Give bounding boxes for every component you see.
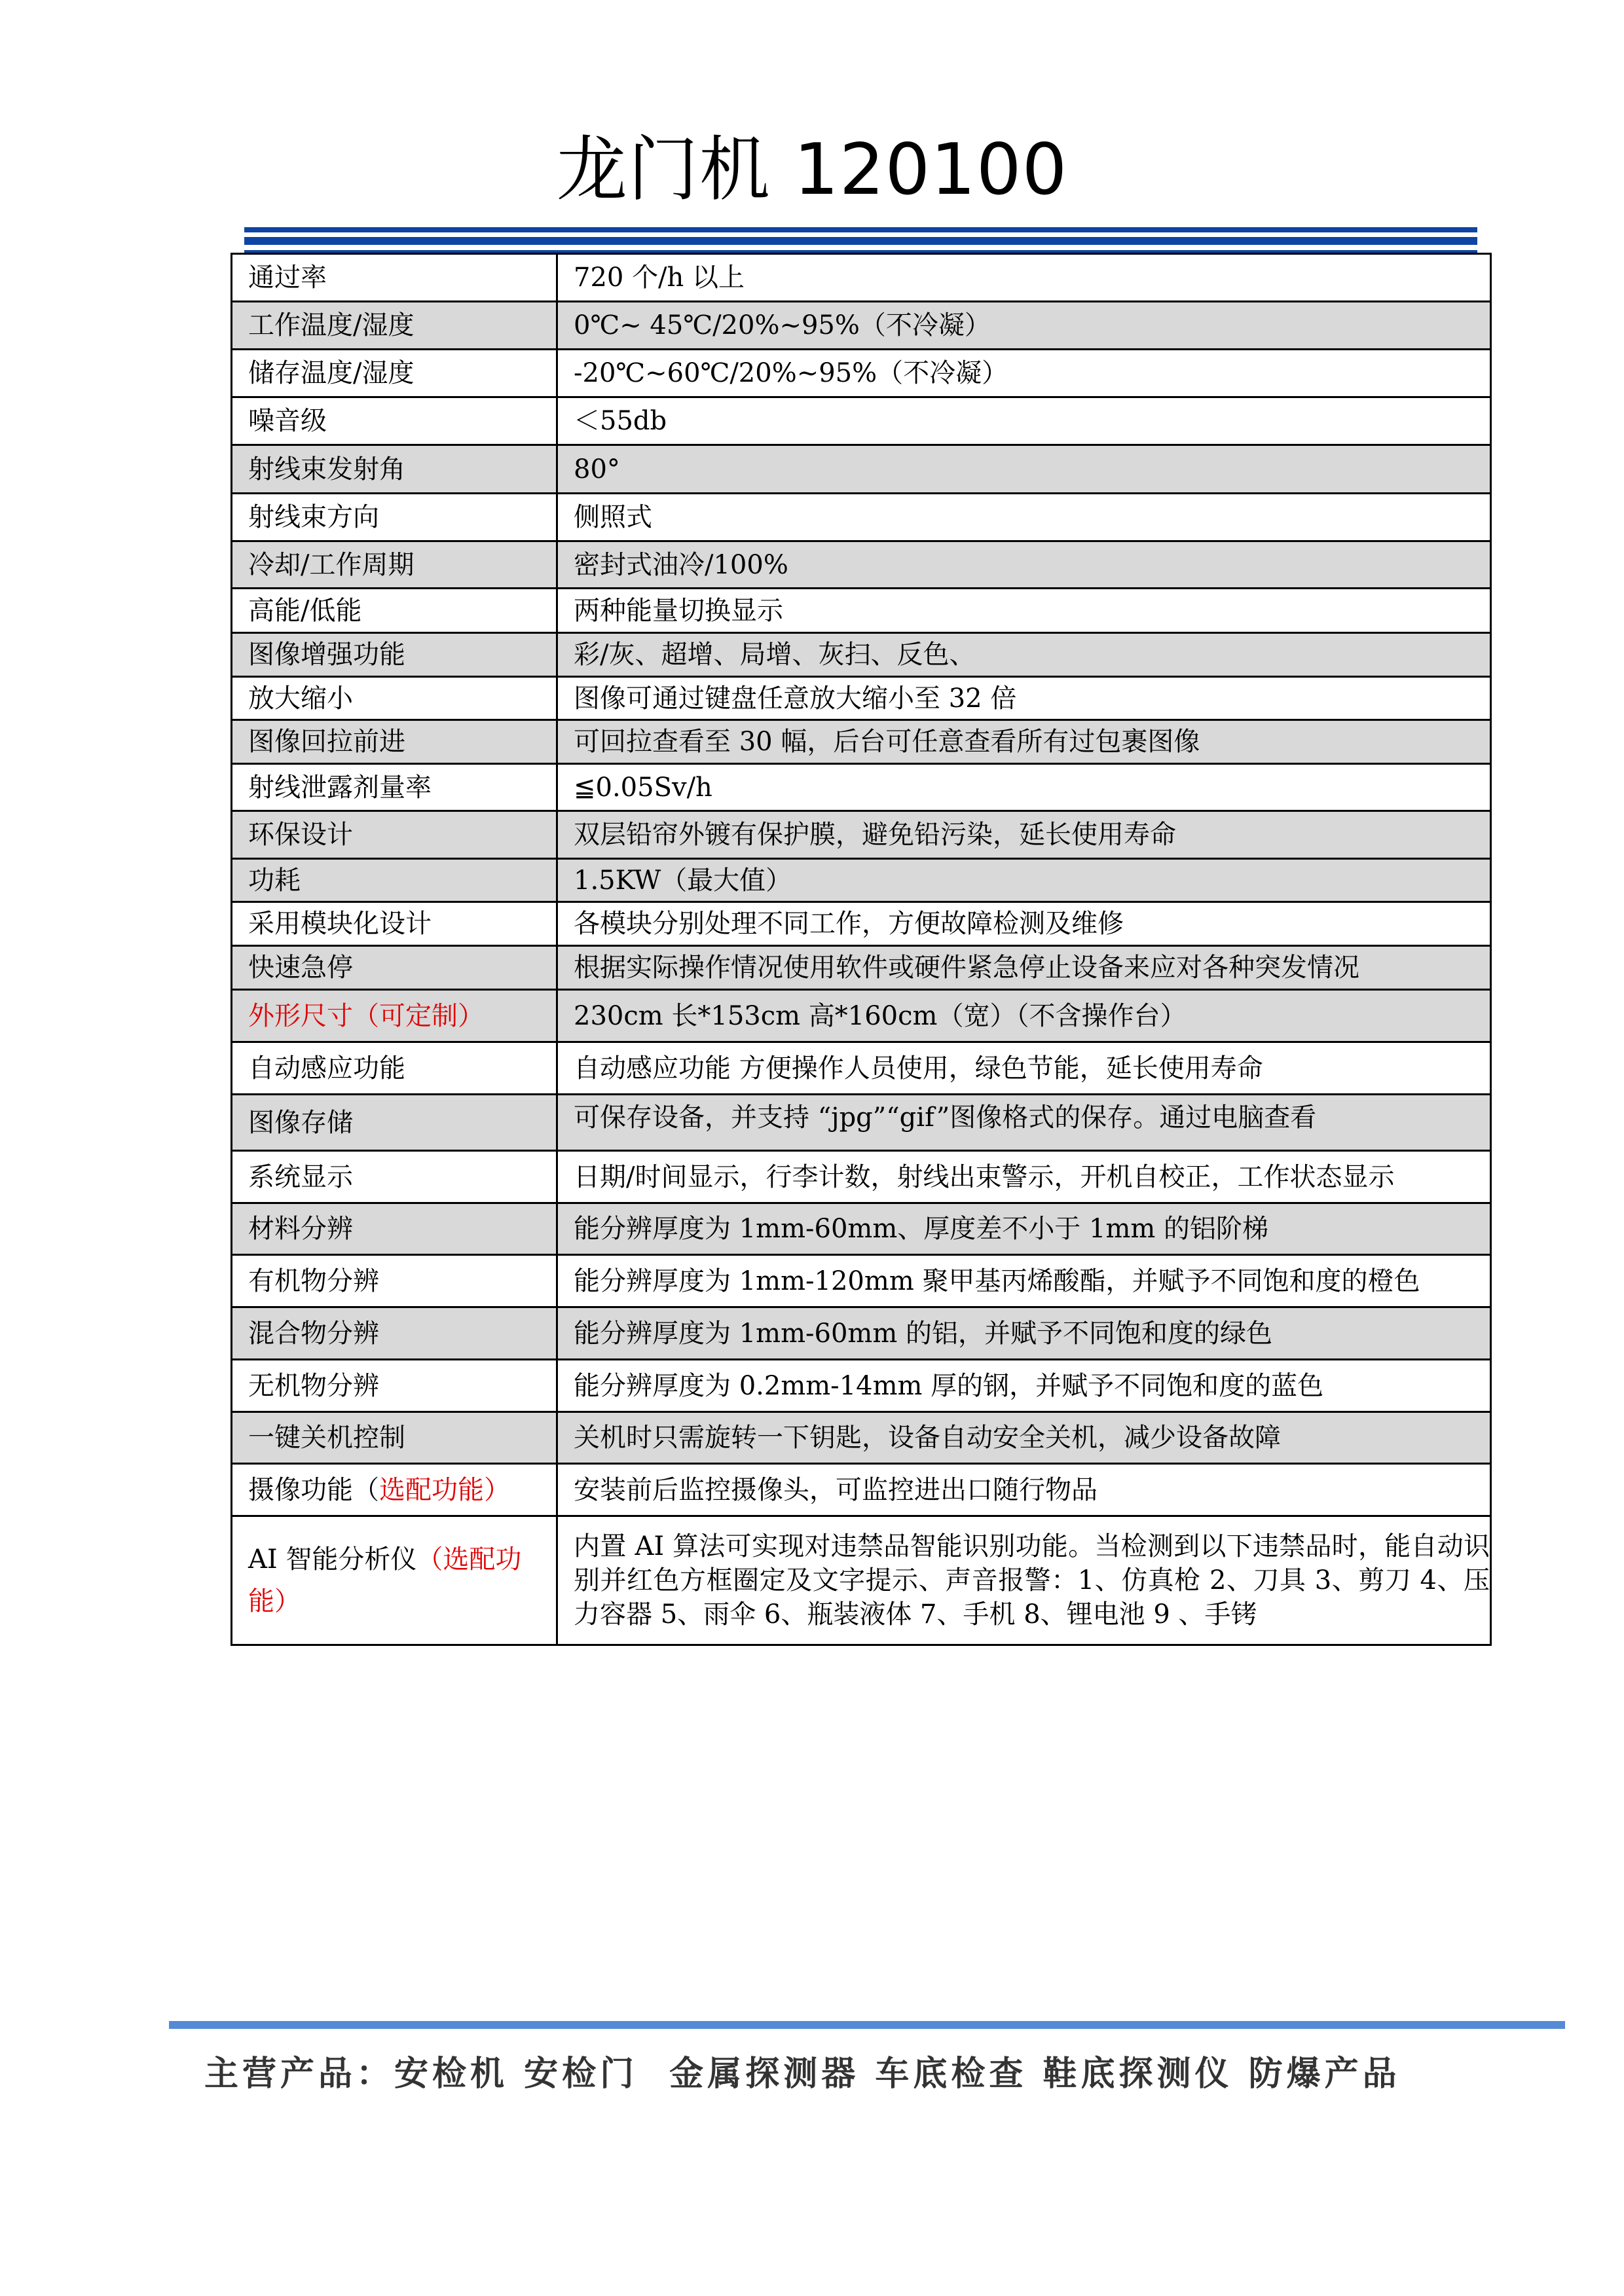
spec-row: 采用模块化设计各模块分别处理不同工作，方便故障检测及维修 (232, 902, 1491, 946)
spec-row: 工作温度/湿度0℃~ 45℃/20%~95%（不冷凝） (232, 302, 1491, 350)
spec-label-cell: 射线束方向 (232, 494, 557, 541)
spec-row: 混合物分辨能分辨厚度为 1mm-60mm 的铝，并赋予不同饱和度的绿色 (232, 1307, 1491, 1360)
spec-label-cell: 冷却/工作周期 (232, 541, 557, 589)
spec-label-cell: 一键关机控制 (232, 1412, 557, 1464)
spec-label-cell: 材料分辨 (232, 1203, 557, 1255)
spec-value: 密封式油冷/100% (574, 550, 788, 580)
spec-row: 射线束发射角80° (232, 445, 1491, 494)
spec-label-cell: 摄像功能（选配功能） (232, 1464, 557, 1516)
spec-row: 有机物分辨能分辨厚度为 1mm-120mm 聚甲基丙烯酸酯，并赋予不同饱和度的橙… (232, 1255, 1491, 1307)
spec-value-cell: 1.5KW（最大值） (557, 859, 1491, 902)
spec-value: 侧照式 (574, 502, 652, 532)
spec-row: 无机物分辨能分辨厚度为 0.2mm-14mm 厚的钢，并赋予不同饱和度的蓝色 (232, 1360, 1491, 1412)
spec-label-cell: 自动感应功能 (232, 1042, 557, 1095)
spec-label-cell: 有机物分辨 (232, 1255, 557, 1307)
spec-label-cell: 通过率 (232, 254, 557, 302)
spec-label: 采用模块化设计 (248, 909, 432, 939)
spec-value: 双层铅帘外镀有保护膜，避免铅污染，延长使用寿命 (574, 820, 1176, 850)
spec-value-cell: 0℃~ 45℃/20%~95%（不冷凝） (557, 302, 1491, 350)
spec-row: AI 智能分析仪（选配功能）内置 AI 算法可实现对违禁品智能识别功能。当检测到… (232, 1516, 1491, 1645)
spec-label-cell: 射线束发射角 (232, 445, 557, 494)
spec-label: 图像增强功能 (248, 640, 405, 670)
spec-value-cell: 各模块分别处理不同工作，方便故障检测及维修 (557, 902, 1491, 946)
spec-label-cell: 工作温度/湿度 (232, 302, 557, 350)
spec-label-cell: 图像存储 (232, 1095, 557, 1151)
spec-label: 快速急停 (248, 953, 353, 983)
spec-row: 图像存储可保存设备，并支持 “jpg”“gif”图像格式的保存。通过电脑查看 (232, 1095, 1491, 1151)
spec-value: ≦0.05Sv/h (574, 773, 712, 803)
spec-value-cell: 关机时只需旋转一下钥匙，设备自动安全关机，减少设备故障 (557, 1412, 1491, 1464)
spec-value: 能分辨厚度为 0.2mm-14mm 厚的钢，并赋予不同饱和度的蓝色 (574, 1371, 1323, 1401)
spec-row: 冷却/工作周期密封式油冷/100% (232, 541, 1491, 589)
spec-value: 能分辨厚度为 1mm-120mm 聚甲基丙烯酸酯，并赋予不同饱和度的橙色 (574, 1266, 1420, 1296)
spec-label-cell: 图像回拉前进 (232, 720, 557, 764)
spec-value: 关机时只需旋转一下钥匙，设备自动安全关机，减少设备故障 (574, 1423, 1281, 1453)
spec-value: 两种能量切换显示 (574, 596, 783, 626)
spec-label: 通过率 (248, 263, 327, 293)
spec-label: 功耗 (248, 866, 301, 896)
spec-value-cell: 内置 AI 算法可实现对违禁品智能识别功能。当检测到以下违禁品时，能自动识别并红… (557, 1516, 1491, 1645)
spec-label-cell: 噪音级 (232, 397, 557, 445)
spec-label: 射线束方向 (248, 502, 379, 532)
spec-value-cell: 安装前后监控摄像头，可监控进出口随行物品 (557, 1464, 1491, 1516)
spec-value-cell: 能分辨厚度为 0.2mm-14mm 厚的钢，并赋予不同饱和度的蓝色 (557, 1360, 1491, 1412)
spec-value: 内置 AI 算法可实现对违禁品智能识别功能。当检测到以下违禁品时，能自动识别并红… (574, 1531, 1490, 1630)
spec-value-cell: 自动感应功能 方便操作人员使用，绿色节能，延长使用寿命 (557, 1042, 1491, 1095)
spec-row: 摄像功能（选配功能）安装前后监控摄像头，可监控进出口随行物品 (232, 1464, 1491, 1516)
spec-label: 射线泄露剂量率 (248, 773, 432, 803)
spec-label: 无机物分辨 (248, 1371, 379, 1401)
spec-row: 功耗1.5KW（最大值） (232, 859, 1491, 902)
spec-value: 能分辨厚度为 1mm-60mm 的铝，并赋予不同饱和度的绿色 (574, 1319, 1272, 1349)
spec-label: 系统显示 (248, 1162, 353, 1192)
spec-value-cell: 两种能量切换显示 (557, 589, 1491, 633)
spec-label-cell: 功耗 (232, 859, 557, 902)
document-title: 龙门机 120100 (0, 124, 1624, 216)
spec-value-cell: 能分辨厚度为 1mm-120mm 聚甲基丙烯酸酯，并赋予不同饱和度的橙色 (557, 1255, 1491, 1307)
footer-divider (169, 2021, 1565, 2029)
spec-label: 射线束发射角 (248, 454, 405, 484)
spec-label: 环保设计 (248, 820, 353, 850)
spec-row: 图像增强功能彩/灰、超增、局增、灰扫、反色、 (232, 633, 1491, 677)
spec-value-cell: 图像可通过键盘任意放大缩小至 32 倍 (557, 677, 1491, 720)
spec-label: 自动感应功能 (248, 1053, 405, 1084)
spec-row: 一键关机控制关机时只需旋转一下钥匙，设备自动安全关机，减少设备故障 (232, 1412, 1491, 1464)
spec-value: 可保存设备，并支持 “jpg”“gif”图像格式的保存。通过电脑查看 (574, 1102, 1316, 1133)
spec-value: 各模块分别处理不同工作，方便故障检测及维修 (574, 909, 1124, 939)
spec-label-cell: 混合物分辨 (232, 1307, 557, 1360)
spec-value-cell: 可回拉查看至 30 幅，后台可任意查看所有过包裹图像 (557, 720, 1491, 764)
spec-value-cell: 根据实际操作情况使用软件或硬件紧急停止设备来应对各种突发情况 (557, 946, 1491, 990)
spec-label-cell: 快速急停 (232, 946, 557, 990)
spec-row: 图像回拉前进可回拉查看至 30 幅，后台可任意查看所有过包裹图像 (232, 720, 1491, 764)
spec-label-cell: 环保设计 (232, 811, 557, 859)
spec-label: 高能/低能 (248, 596, 361, 626)
spec-value: 230cm 长*153cm 高*160cm（宽）（不含操作台） (574, 1001, 1186, 1031)
spec-row: 环保设计双层铅帘外镀有保护膜，避免铅污染，延长使用寿命 (232, 811, 1491, 859)
spec-label: 储存温度/湿度 (248, 358, 414, 388)
spec-label: 外形尺寸（可定制） (248, 1001, 484, 1031)
spec-value: 安装前后监控摄像头，可监控进出口随行物品 (574, 1475, 1098, 1505)
spec-row: 射线束方向侧照式 (232, 494, 1491, 541)
spec-row: 通过率720 个/h 以上 (232, 254, 1491, 302)
spec-label-cell: 射线泄露剂量率 (232, 764, 557, 811)
spec-label: 图像回拉前进 (248, 727, 405, 757)
spec-value-cell: 80° (557, 445, 1491, 494)
spec-value-cell: 230cm 长*153cm 高*160cm（宽）（不含操作台） (557, 990, 1491, 1042)
spec-label-cell: 放大缩小 (232, 677, 557, 720)
spec-label: 材料分辨 (248, 1214, 353, 1244)
header-stripe (244, 237, 1477, 245)
spec-row: 快速急停根据实际操作情况使用软件或硬件紧急停止设备来应对各种突发情况 (232, 946, 1491, 990)
spec-label: 放大缩小 (248, 683, 353, 714)
spec-value: 彩/灰、超增、局增、灰扫、反色、 (574, 640, 975, 670)
spec-row: 自动感应功能自动感应功能 方便操作人员使用，绿色节能，延长使用寿命 (232, 1042, 1491, 1095)
spec-value: 0℃~ 45℃/20%~95%（不冷凝） (574, 310, 991, 340)
footer-products-text: 主营产品：安检机 安检门 金属探测器 车底检查 鞋底探测仪 防爆产品 (204, 2046, 1401, 2095)
spec-label-cell: 采用模块化设计 (232, 902, 557, 946)
spec-row: 高能/低能两种能量切换显示 (232, 589, 1491, 633)
spec-label-cell: 无机物分辨 (232, 1360, 557, 1412)
spec-label-cell: 系统显示 (232, 1151, 557, 1203)
spec-value: 自动感应功能 方便操作人员使用，绿色节能，延长使用寿命 (574, 1053, 1263, 1084)
spec-table-body: 通过率720 个/h 以上工作温度/湿度0℃~ 45℃/20%~95%（不冷凝）… (232, 254, 1491, 1645)
header-stripe (244, 227, 1477, 232)
spec-value: 可回拉查看至 30 幅，后台可任意查看所有过包裹图像 (574, 727, 1200, 757)
spec-label-cell: 外形尺寸（可定制） (232, 990, 557, 1042)
spec-value-cell: 能分辨厚度为 1mm-60mm 的铝，并赋予不同饱和度的绿色 (557, 1307, 1491, 1360)
spec-value: 图像可通过键盘任意放大缩小至 32 倍 (574, 683, 1016, 714)
spec-value-cell: -20℃~60℃/20%~95%（不冷凝） (557, 350, 1491, 397)
spec-label-cell: 图像增强功能 (232, 633, 557, 677)
spec-value-cell: 可保存设备，并支持 “jpg”“gif”图像格式的保存。通过电脑查看 (557, 1095, 1491, 1151)
spec-value: 根据实际操作情况使用软件或硬件紧急停止设备来应对各种突发情况 (574, 953, 1359, 983)
spec-label: 混合物分辨 (248, 1319, 379, 1349)
spec-label: 冷却/工作周期 (248, 550, 414, 580)
spec-value-cell: 720 个/h 以上 (557, 254, 1491, 302)
spec-label: AI 智能分析仪 (248, 1544, 416, 1575)
spec-value-cell: 彩/灰、超增、局增、灰扫、反色、 (557, 633, 1491, 677)
optional-feature-note: 选配功能） (379, 1475, 510, 1505)
spec-label: 有机物分辨 (248, 1266, 379, 1296)
spec-table: 通过率720 个/h 以上工作温度/湿度0℃~ 45℃/20%~95%（不冷凝）… (231, 253, 1492, 1646)
spec-value-cell: 密封式油冷/100% (557, 541, 1491, 589)
spec-value: ＜55db (574, 406, 667, 436)
spec-label: 一键关机控制 (248, 1423, 405, 1453)
spec-label: 噪音级 (248, 406, 327, 436)
spec-label: 工作温度/湿度 (248, 310, 414, 340)
spec-value: -20℃~60℃/20%~95%（不冷凝） (574, 358, 1008, 388)
spec-value: 日期/时间显示，行李计数，射线出束警示，开机自校正，工作状态显示 (574, 1162, 1394, 1192)
spec-value: 80° (574, 454, 620, 484)
spec-row: 系统显示日期/时间显示，行李计数，射线出束警示，开机自校正，工作状态显示 (232, 1151, 1491, 1203)
spec-value-cell: 日期/时间显示，行李计数，射线出束警示，开机自校正，工作状态显示 (557, 1151, 1491, 1203)
spec-value: 能分辨厚度为 1mm-60mm、厚度差不小于 1mm 的铝阶梯 (574, 1214, 1268, 1244)
spec-row: 外形尺寸（可定制）230cm 长*153cm 高*160cm（宽）（不含操作台） (232, 990, 1491, 1042)
spec-value-cell: 侧照式 (557, 494, 1491, 541)
spec-row: 射线泄露剂量率≦0.05Sv/h (232, 764, 1491, 811)
spec-label-cell: 储存温度/湿度 (232, 350, 557, 397)
spec-row: 放大缩小图像可通过键盘任意放大缩小至 32 倍 (232, 677, 1491, 720)
spec-value-cell: 能分辨厚度为 1mm-60mm、厚度差不小于 1mm 的铝阶梯 (557, 1203, 1491, 1255)
spec-value-cell: 双层铅帘外镀有保护膜，避免铅污染，延长使用寿命 (557, 811, 1491, 859)
spec-value: 1.5KW（最大值） (574, 866, 792, 896)
spec-label-cell: AI 智能分析仪（选配功能） (232, 1516, 557, 1645)
spec-label: 图像存储 (248, 1108, 353, 1138)
spec-row: 噪音级＜55db (232, 397, 1491, 445)
spec-value-cell: ＜55db (557, 397, 1491, 445)
spec-value-cell: ≦0.05Sv/h (557, 764, 1491, 811)
spec-row: 材料分辨能分辨厚度为 1mm-60mm、厚度差不小于 1mm 的铝阶梯 (232, 1203, 1491, 1255)
spec-value: 720 个/h 以上 (574, 263, 745, 293)
spec-label-cell: 高能/低能 (232, 589, 557, 633)
spec-label: 摄像功能（ (248, 1475, 379, 1505)
spec-row: 储存温度/湿度-20℃~60℃/20%~95%（不冷凝） (232, 350, 1491, 397)
